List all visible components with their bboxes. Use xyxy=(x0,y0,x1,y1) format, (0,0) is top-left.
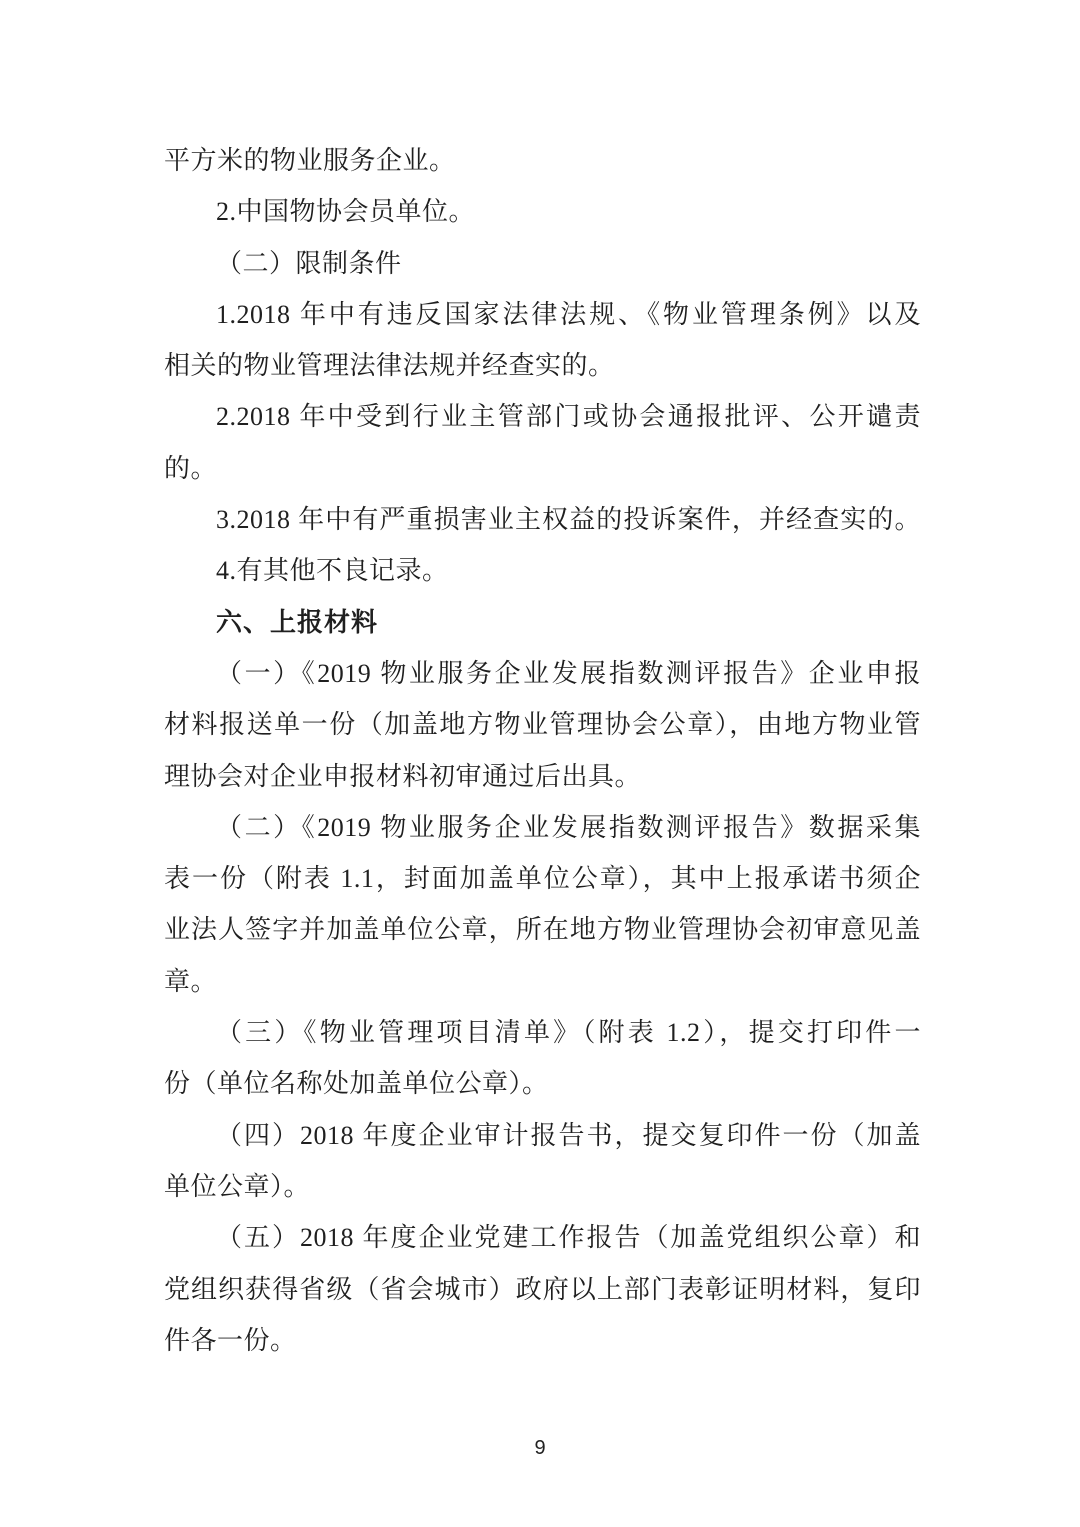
document-page: 平方米的物业服务企业。 2.中国物协会员单位。 （二）限制条件 1.2018 年… xyxy=(0,0,1080,1527)
body-text-line: （二）《2019 物业服务企业发展指数测评报告》数据采集 xyxy=(164,802,921,853)
body-text-line: 单位公章）。 xyxy=(164,1161,921,1212)
body-text-line: （五）2018 年度企业党建工作报告（加盖党组织公章）和 xyxy=(164,1212,921,1263)
body-text-line: 材料报送单一份（加盖地方物业管理协会公章），由地方物业管 xyxy=(164,699,921,750)
body-text-line: 业法人签字并加盖单位公章，所在地方物业管理协会初审意见盖 xyxy=(164,904,921,955)
body-text-line: 1.2018 年中有违反国家法律法规、《物业管理条例》以及 xyxy=(164,289,921,340)
body-text-line: （三）《物业管理项目清单》（附表 1.2），提交打印件一 xyxy=(164,1007,921,1058)
page-number: 9 xyxy=(0,1436,1080,1460)
body-text-line: （四）2018 年度企业审计报告书，提交复印件一份（加盖 xyxy=(164,1110,921,1161)
body-text-line: 2.中国物协会员单位。 xyxy=(164,186,921,237)
body-text-line: 平方米的物业服务企业。 xyxy=(164,135,921,186)
body-text-line: 的。 xyxy=(164,443,921,494)
body-text-line: 理协会对企业申报材料初审通过后出具。 xyxy=(164,751,921,802)
body-text-line: 表一份（附表 1.1，封面加盖单位公章），其中上报承诺书须企 xyxy=(164,853,921,904)
body-text-line: 章。 xyxy=(164,956,921,1007)
body-text-line: 相关的物业管理法律法规并经查实的。 xyxy=(164,340,921,391)
section-heading: 六、上报材料 xyxy=(164,597,921,648)
body-text-line: 件各一份。 xyxy=(164,1315,921,1366)
body-text-line: 份（单位名称处加盖单位公章）。 xyxy=(164,1058,921,1109)
body-text-line: 党组织获得省级（省会城市）政府以上部门表彰证明材料，复印 xyxy=(164,1264,921,1315)
body-text-line: （二）限制条件 xyxy=(164,238,921,289)
body-text-line: 2.2018 年中受到行业主管部门或协会通报批评、公开谴责 xyxy=(164,391,921,442)
body-text-line: 4.有其他不良记录。 xyxy=(164,545,921,596)
body-text-line: 3.2018 年中有严重损害业主权益的投诉案件，并经查实的。 xyxy=(164,494,921,545)
document-body: 平方米的物业服务企业。 2.中国物协会员单位。 （二）限制条件 1.2018 年… xyxy=(164,135,921,1366)
body-text-line: （一）《2019 物业服务企业发展指数测评报告》企业申报 xyxy=(164,648,921,699)
